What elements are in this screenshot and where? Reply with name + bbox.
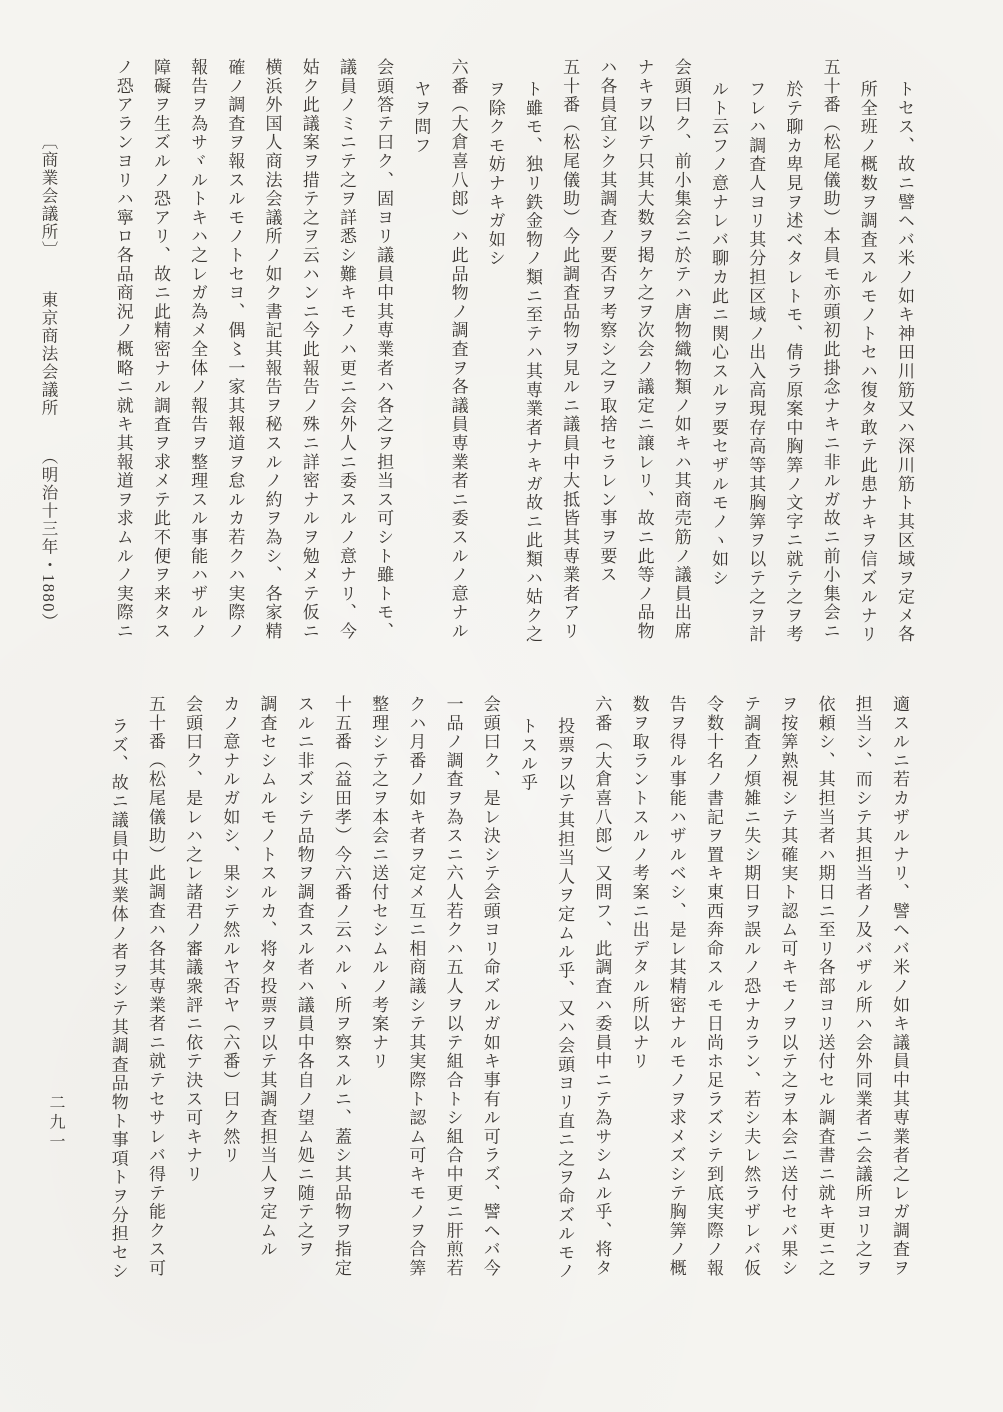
text-line: テ調査ノ煩雑ニ失シ期日ヲ誤ルノ恐ナカラン、若シ夫レ然ラザレバ仮: [732, 695, 769, 1309]
text-line: トセス、故ニ譬ヘバ米ノ如キ神田川筋又ハ深川筋ト其区域ヲ定メ各: [886, 58, 923, 662]
text-line: ヲ除クモ妨ナキガ如シ: [477, 58, 514, 662]
text-line: 一品ノ調査ヲ為スニ六人若クハ五人ヲ以テ組合トシ組合中更ニ肝煎若: [434, 695, 471, 1309]
text-line: 五十番（松尾儀助）此調査ハ各其専業者ニ就テセサレバ得テ能クス可: [137, 695, 174, 1309]
text-line: 姑ク此議案ヲ措テ之ヲ云ハンニ今此報告ノ殊ニ詳密ナルヲ勉メテ仮ニ: [291, 58, 328, 662]
text-line: 五十番（松尾儀助）本員モ亦頭初此掛念ナキニ非ルガ故ニ前小集会ニ: [811, 58, 848, 662]
text-line: トスル乎: [509, 695, 546, 1309]
text-line: 適スルニ若カザルナリ、譬ヘバ米ノ如キ議員中其専業者之レガ調査ヲ: [881, 695, 918, 1309]
text-block-top: トセス、故ニ譬ヘバ米ノ如キ神田川筋又ハ深川筋ト其区域ヲ定メ各所全班ノ概数ヲ調査ス…: [105, 58, 923, 662]
text-line: 横浜外国人商法会議所ノ如ク書記其報告ヲ秘スルノ約ヲ為シ、各家精: [253, 58, 290, 662]
text-line: カノ意ナルガ如シ、果シテ然ルヤ否ヤ（六番）曰ク然リ: [211, 695, 248, 1309]
text-line: スルニ非ズシテ品物ヲ調査スル者ハ議員中各自ノ望ム処ニ随テ之ヲ: [286, 695, 323, 1309]
text-line: ナキヲ以テ只其大数ヲ掲ケ之ヲ次会ノ議定ニ譲レリ、故ニ此等ノ品物: [625, 58, 662, 662]
text-line: 障礙ヲ生ズルノ恐アリ、故ニ此精密ナル調査ヲ求メテ此不便ヲ来タス: [142, 58, 179, 662]
source-year-label: （明治十三年・1880）: [39, 448, 58, 631]
text-line: 六番（大倉喜八郎）ハ此品物ノ調査ヲ各議員専業者ニ委スルノ意ナル: [439, 58, 476, 662]
text-line: 会頭曰ク、是レ決シテ会頭ヨリ命ズルガ如キ事有ル可ラズ、譬ヘバ今: [472, 695, 509, 1309]
text-line: 於テ聊カ卑見ヲ述ベタレトモ、倩ラ原案中胸筭ノ文字ニ就テ之ヲ考: [774, 58, 811, 662]
text-line: 五十番（松尾儀助）今此調査品物ヲ見ルニ議員中大抵皆其専業者アリ: [551, 58, 588, 662]
text-line: 会頭曰ク、前小集会ニ於テハ唐物織物類ノ如キハ其商売筋ノ議員出席: [663, 58, 700, 662]
text-line: 告ヲ得ル事能ハザルベシ、是レ其精密ナルモノヲ求メズシテ胸筭ノ概: [658, 695, 695, 1309]
text-line: ハ各員宜シク其調査ノ要否ヲ考察シ之ヲ取捨セラレン事ヲ要ス: [588, 58, 625, 662]
margin-source-label: 〔商業会議所〕 東京商法会議所 （明治十三年・1880）: [36, 133, 60, 673]
source-organization-label: 東京商法会議所: [39, 291, 58, 417]
text-line: ラズ、故ニ議員中其業体ノ者ヲシテ其調査品物ト事項トヲ分担セシ: [100, 695, 137, 1309]
text-line: 報告ヲ為サヾルトキハ之レガ為メ全体ノ報告ヲ整理スル事能ハザルノ: [179, 58, 216, 662]
page-number: 二九一: [44, 1094, 67, 1153]
text-line: ト雖モ、独リ鉄金物ノ類ニ至テハ其専業者ナキガ故ニ此類ハ姑ク之: [514, 58, 551, 662]
text-line: 投票ヲ以テ其担当人ヲ定ムル乎、又ハ会頭ヨリ直ニ之ヲ命ズルモノ: [546, 695, 583, 1309]
text-line: ヤヲ問フ: [402, 58, 439, 662]
text-line: 確ノ調査ヲ報スルモノトセヨ、偶〻一家其報道ヲ怠ルカ若クハ実際ノ: [216, 58, 253, 662]
text-line: フレハ調査人ヨリ其分担区域ノ出入高現存高等其胸筭ヲ以テ之ヲ計: [737, 58, 774, 662]
text-line: 担当シ、而シテ其担当者ノ及バザル所ハ会外同業者ニ会議所ヨリ之ヲ: [844, 695, 881, 1309]
source-category-label: 〔商業会議所〕: [39, 133, 58, 259]
text-line: 議員ノミニテ之ヲ詳悉シ難キモノハ更ニ会外人ニ委スルノ意ナリ、今: [328, 58, 365, 662]
text-line: ルト云フノ意ナレバ聊カ此ニ関心スルヲ要セザルモノヽ如シ: [700, 58, 737, 662]
text-line: 数ヲ取ラントスルノ考案ニ出デタル所以ナリ: [620, 695, 657, 1309]
text-line: ノ恐アランヨリハ寧ロ各品商況ノ概略ニ就キ其報道ヲ求ムルノ実際ニ: [105, 58, 142, 662]
text-line: ヲ按筭熟視シテ其確実ト認ム可キモノヲ以テ之ヲ本会ニ送付セバ果シ: [769, 695, 806, 1309]
text-line: 十五番（益田孝）今六番ノ云ハルヽ所ヲ察スルニ、蓋シ其品物ヲ指定: [323, 695, 360, 1309]
text-line: 令数十名ノ書記ヲ置キ東西奔命スルモ日尚ホ足ラズシテ到底実際ノ報: [695, 695, 732, 1309]
text-line: 所全班ノ概数ヲ調査スルモノトセハ復タ敢テ此患ナキヲ信ズルナリ: [849, 58, 886, 662]
text-line: クハ月番ノ如キ者ヲ定メ互ニ相商議シテ其実際ト認ム可キモノヲ合筭: [397, 695, 434, 1309]
text-block-bottom: 適スルニ若カザルナリ、譬ヘバ米ノ如キ議員中其専業者之レガ調査ヲ担当シ、而シテ其担…: [100, 695, 918, 1309]
text-line: 依頼シ、其担当者ハ期日ニ至リ各部ヨリ送付セル調査書ニ就キ更ニ之: [806, 695, 843, 1309]
text-line: 六番（大倉喜八郎）又問フ、此調査ハ委員中ニテ為サシムル乎、将タ: [583, 695, 620, 1309]
text-line: 会頭答テ曰ク、固ヨリ議員中其専業者ハ各之ヲ担当ス可シト雖トモ、: [365, 58, 402, 662]
scanned-document-page: 〔商業会議所〕 東京商法会議所 （明治十三年・1880） トセス、故ニ譬ヘバ米ノ…: [0, 0, 1003, 1412]
text-line: 調査セシムルモノトスルカ、将タ投票ヲ以テ其調査担当人ヲ定ムル: [248, 695, 285, 1309]
text-line: 整理シテ之ヲ本会ニ送付セシムルノ考案ナリ: [360, 695, 397, 1309]
text-line: 会頭曰ク、是レハ之レ諸君ノ審議衆評ニ依テ決ス可キナリ: [174, 695, 211, 1309]
